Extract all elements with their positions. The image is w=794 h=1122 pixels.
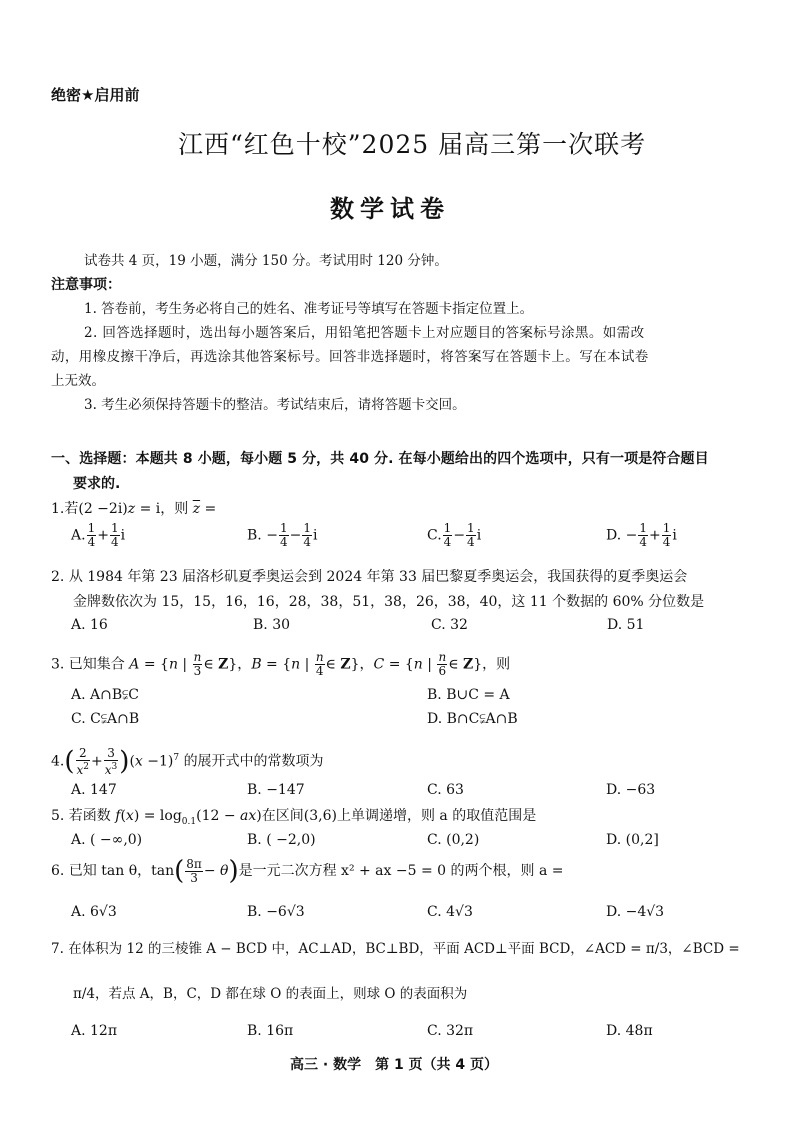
question-2-stem: 2. 从 1984 年第 23 届洛杉矶夏季奥运会到 2024 年第 33 届巴… (51, 568, 687, 586)
question-1-option-a[interactable]: A.14+14i (71, 522, 125, 549)
question-6-option-d[interactable]: D. −4√3 (606, 903, 664, 921)
secret-label: 绝密★启用前 (51, 86, 139, 104)
question-7-option-b[interactable]: B. 16π (247, 1022, 293, 1040)
question-5-option-a[interactable]: A. ( −∞,0) (71, 831, 142, 849)
question-1-option-b[interactable]: B. −14−14i (247, 522, 317, 549)
question-2-option-c[interactable]: C. 32 (431, 616, 468, 634)
notice-heading: 注意事项： (51, 276, 121, 294)
question-5-stem: 5. 若函数 f(x) = log0.1(12 − ax)在区间(3,6)上单调… (51, 807, 536, 831)
question-4-option-a[interactable]: A. 147 (71, 781, 117, 799)
exam-info: 试卷共 4 页，19 小题，满分 150 分。考试用时 120 分钟。 (84, 252, 448, 270)
notice-item: 动，用橡皮擦干净后，再选涂其他答案标号。回答非选择题时，将答案写在答题卡上。写在… (51, 348, 649, 366)
section-heading-cont: 要求的. (73, 475, 120, 493)
question-6-option-a[interactable]: A. 6√3 (71, 903, 117, 921)
question-4-option-b[interactable]: B. −147 (247, 781, 305, 799)
notice-item: 1. 答卷前，考生务必将自己的姓名、准考证号等填写在答题卡指定位置上。 (84, 300, 533, 318)
question-4-option-c[interactable]: C. 63 (427, 781, 464, 799)
page-title: 江西“红色十校”2025 届高三第一次联考 (178, 130, 646, 160)
question-2-option-b[interactable]: B. 30 (253, 616, 290, 634)
question-6-option-c[interactable]: C. 4√3 (427, 903, 473, 921)
notice-item: 3. 考生必须保持答题卡的整洁。考试结束后，请将答题卡交回。 (84, 396, 466, 414)
question-6-option-b[interactable]: B. −6√3 (247, 903, 305, 921)
question-5-option-c[interactable]: C. (0,2) (427, 831, 479, 849)
question-1-option-d[interactable]: D. −14+14i (606, 522, 677, 549)
question-7-option-d[interactable]: D. 48π (606, 1022, 653, 1040)
question-6-stem: 6. 已知 tan θ，tan(8π3− θ)是一元二次方程 x² + ax −… (51, 856, 563, 886)
page-footer: 高三 · 数学 第 1 页（共 4 页） (290, 1056, 498, 1074)
question-7-option-c[interactable]: C. 32π (427, 1022, 473, 1040)
notice-item: 2. 回答选择题时，选出每小题答案后，用铅笔把答题卡上对应题目的答案标号涂黑。如… (84, 324, 644, 342)
page-subtitle: 数学试卷 (330, 195, 450, 223)
question-1-option-c[interactable]: C.14−14i (427, 522, 481, 549)
question-3-stem: 3. 已知集合 A = {n | n3∈ Z}，B = {n | n4∈ Z}，… (51, 651, 510, 678)
section-heading: 一、选择题：本题共 8 小题，每小题 5 分，共 40 分. 在每小题给出的四个… (51, 450, 709, 468)
question-3-option-d[interactable]: D. B∩C⫋A∩B (427, 710, 518, 728)
question-7-stem-cont: π/4，若点 A，B，C，D 都在球 O 的表面上，则球 O 的表面积为 (73, 985, 467, 1003)
question-2-option-a[interactable]: A. 16 (71, 616, 108, 634)
question-4-option-d[interactable]: D. −63 (606, 781, 655, 799)
question-3-option-c[interactable]: C. C⫋A∩B (71, 710, 139, 728)
question-2-stem-cont: 金牌数依次为 15，15，16，16，28，38，51，38，26，38，40，… (73, 593, 704, 611)
notice-item: 上无效。 (51, 372, 105, 390)
question-2-option-d[interactable]: D. 51 (607, 616, 644, 634)
question-7-stem: 7. 在体积为 12 的三棱锥 A − BCD 中，AC⊥AD，BC⊥BD，平面… (51, 940, 740, 958)
question-1-stem: 1.若(2 −2i)z = i，则 z = (51, 500, 216, 518)
question-4-stem: 4.(2x2+3x3)(x −1)7 的展开式中的常数项为 (51, 743, 324, 777)
question-5-option-b[interactable]: B. ( −2,0) (247, 831, 316, 849)
question-3-option-a[interactable]: A. A∩B⫋C (71, 686, 139, 704)
question-5-option-d[interactable]: D. (0,2] (606, 831, 659, 849)
question-7-option-a[interactable]: A. 12π (71, 1022, 117, 1040)
question-3-option-b[interactable]: B. B∪C = A (427, 686, 510, 704)
